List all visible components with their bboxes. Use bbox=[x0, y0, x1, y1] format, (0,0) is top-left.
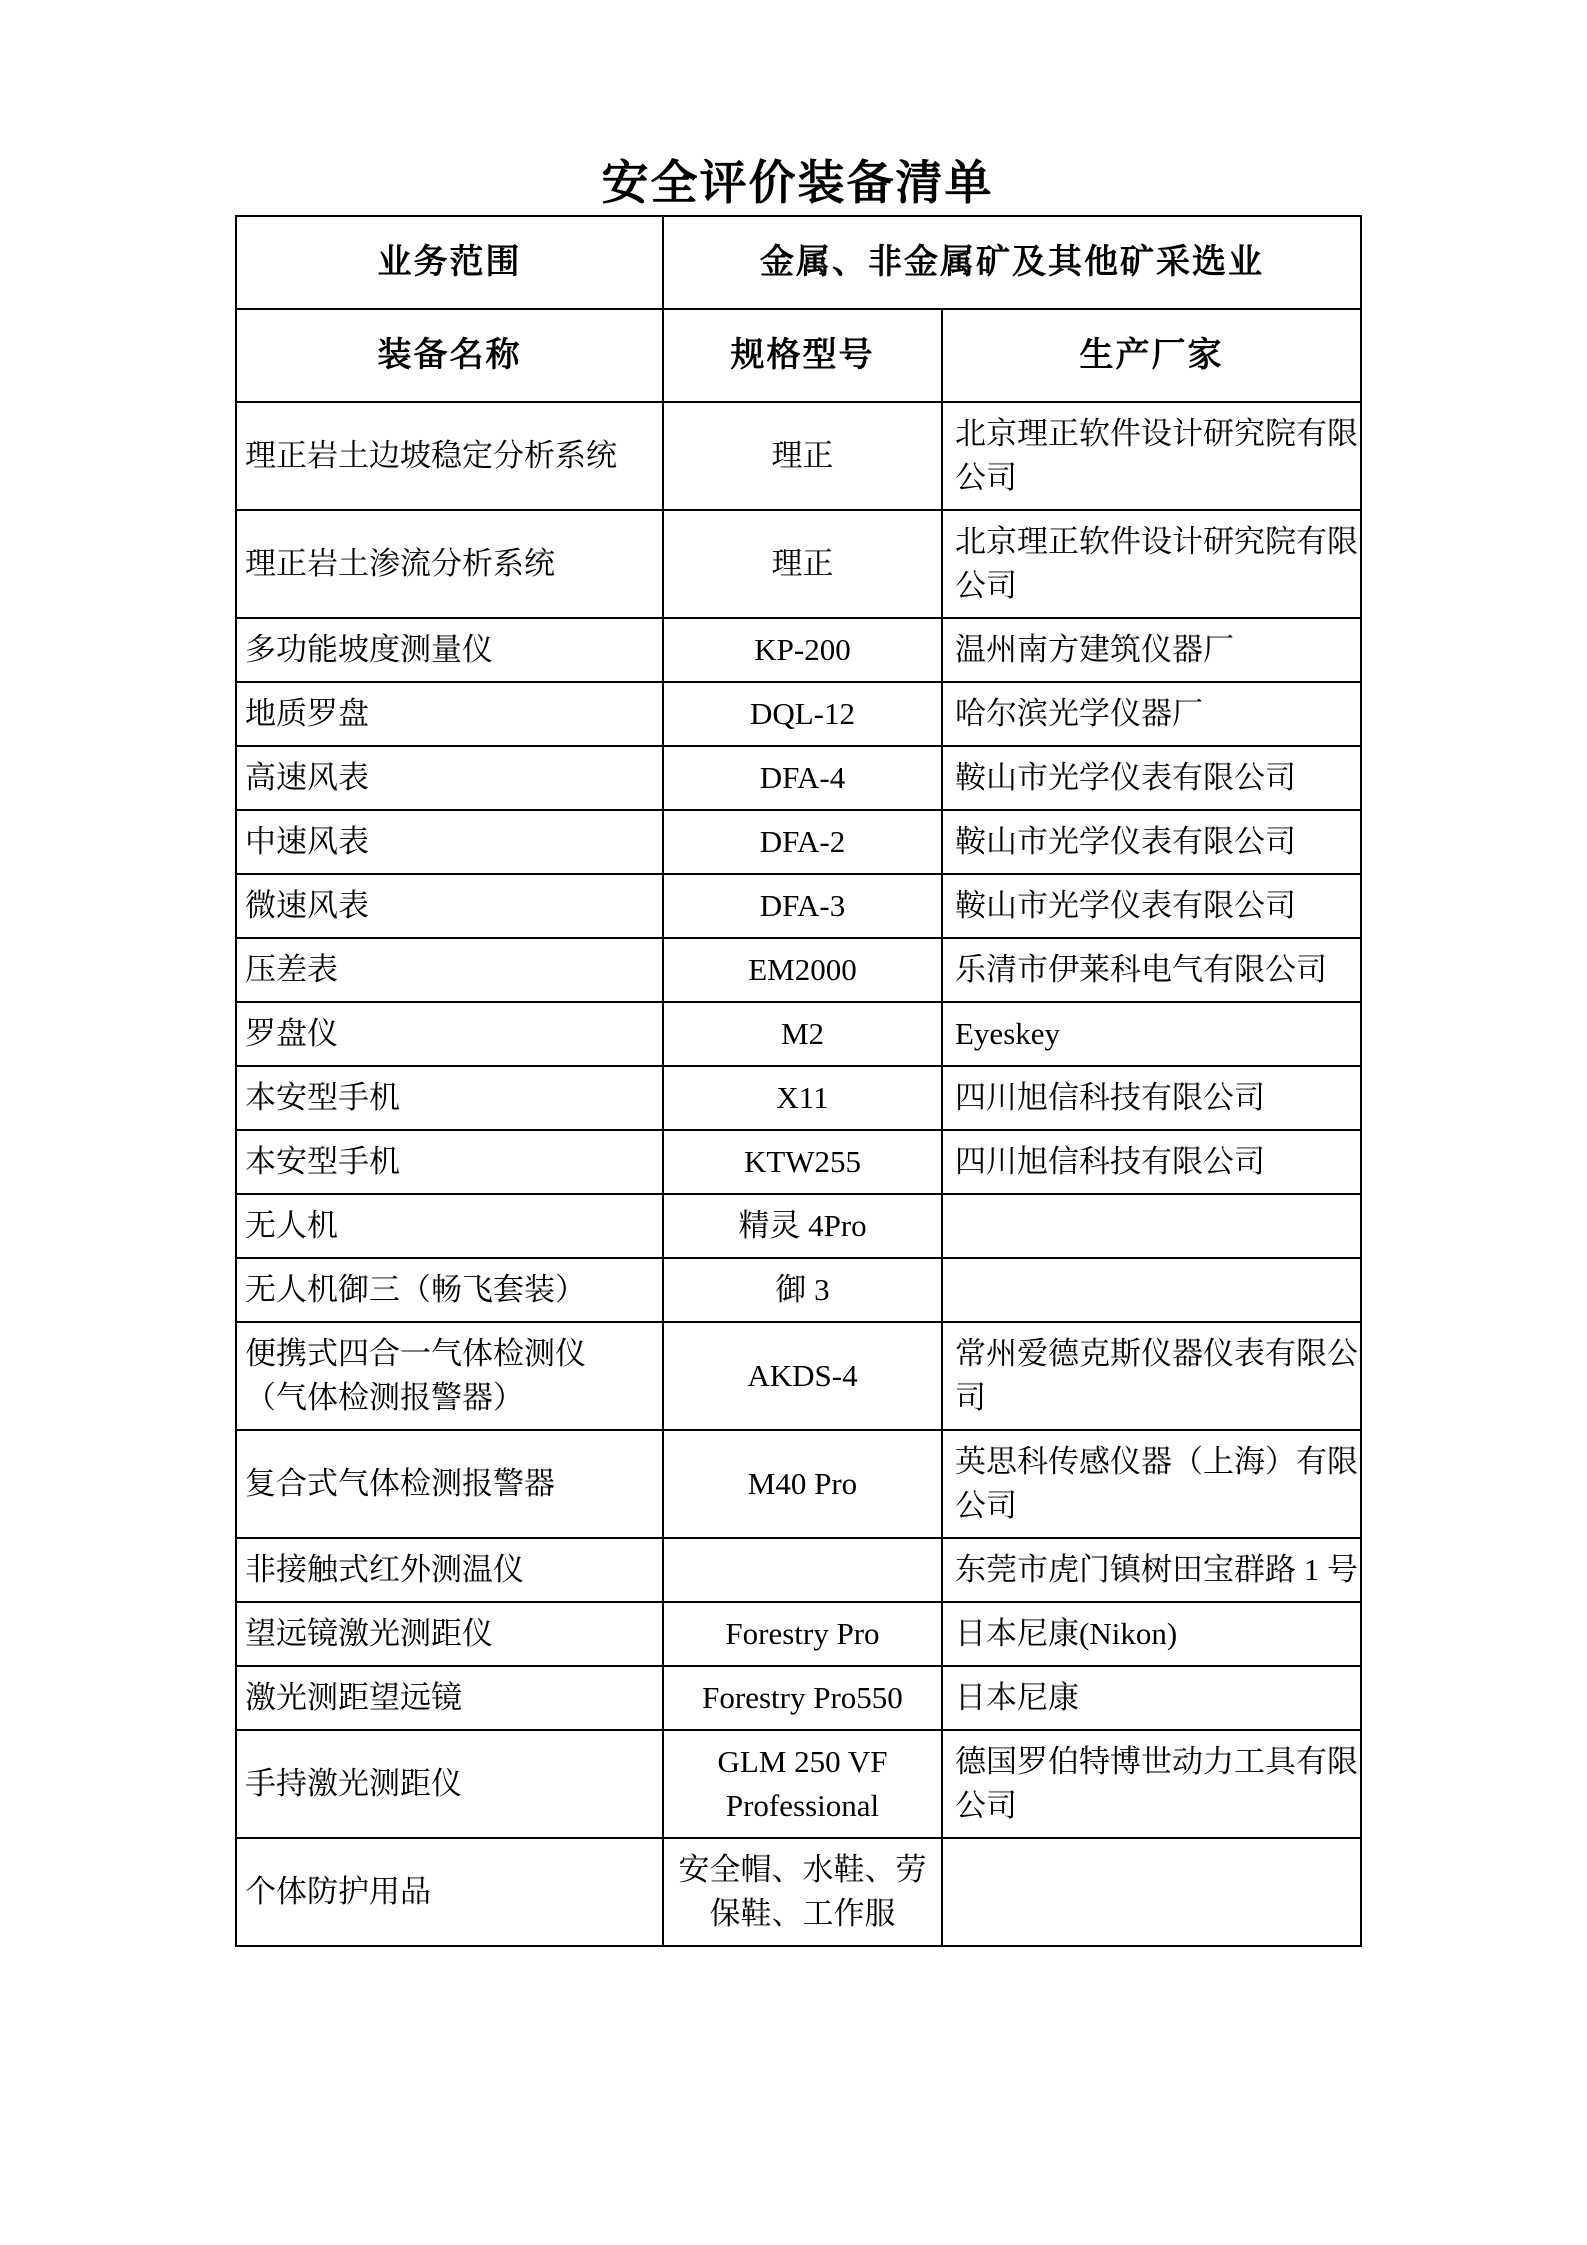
model-cell: Forestry Pro550 bbox=[663, 1666, 942, 1730]
model-cell: M40 Pro bbox=[663, 1430, 942, 1538]
table-row: 地质罗盘 DQL-12 哈尔滨光学仪器厂 bbox=[236, 682, 1361, 746]
page-title: 安全评价装备清单 bbox=[235, 157, 1360, 209]
table-row: 无人机御三（畅飞套装） 御 3 bbox=[236, 1258, 1361, 1322]
table-row: 望远镜激光测距仪 Forestry Pro 日本尼康(Nikon) bbox=[236, 1602, 1361, 1666]
model-cell: 精灵 4Pro bbox=[663, 1194, 942, 1258]
column-header-manufacturer: 生产厂家 bbox=[942, 309, 1361, 402]
model-cell: DFA-3 bbox=[663, 874, 942, 938]
equipment-name-cell: 罗盘仪 bbox=[236, 1002, 663, 1066]
model-cell: DFA-2 bbox=[663, 810, 942, 874]
column-header-row: 装备名称 规格型号 生产厂家 bbox=[236, 309, 1361, 402]
equipment-name-cell: 压差表 bbox=[236, 938, 663, 1002]
model-cell: 理正 bbox=[663, 510, 942, 618]
table-row: 中速风表 DFA-2 鞍山市光学仪表有限公司 bbox=[236, 810, 1361, 874]
table-row: 罗盘仪 M2 Eyeskey bbox=[236, 1002, 1361, 1066]
equipment-table-header: 业务范围 金属、非金属矿及其他矿采选业 装备名称 规格型号 生产厂家 bbox=[236, 216, 1361, 402]
equipment-name-cell: 本安型手机 bbox=[236, 1066, 663, 1130]
column-header-model: 规格型号 bbox=[663, 309, 942, 402]
equipment-name-cell: 激光测距望远镜 bbox=[236, 1666, 663, 1730]
manufacturer-cell: 英思科传感仪器（上海）有限公司 bbox=[942, 1430, 1361, 1538]
equipment-name-cell: 地质罗盘 bbox=[236, 682, 663, 746]
equipment-name-cell: 高速风表 bbox=[236, 746, 663, 810]
table-row: 无人机 精灵 4Pro bbox=[236, 1194, 1361, 1258]
model-cell bbox=[663, 1538, 942, 1602]
equipment-table-body: 理正岩土边坡稳定分析系统 理正 北京理正软件设计研究院有限公司 理正岩土渗流分析… bbox=[236, 402, 1361, 1946]
table-row: 理正岩土渗流分析系统 理正 北京理正软件设计研究院有限公司 bbox=[236, 510, 1361, 618]
manufacturer-cell: 常州爱德克斯仪器仪表有限公司 bbox=[942, 1322, 1361, 1430]
manufacturer-cell: 北京理正软件设计研究院有限公司 bbox=[942, 402, 1361, 510]
table-row: 本安型手机 KTW255 四川旭信科技有限公司 bbox=[236, 1130, 1361, 1194]
table-row: 多功能坡度测量仪 KP-200 温州南方建筑仪器厂 bbox=[236, 618, 1361, 682]
manufacturer-cell: 东莞市虎门镇树田宝群路 1 号 bbox=[942, 1538, 1361, 1602]
manufacturer-cell: 鞍山市光学仪表有限公司 bbox=[942, 810, 1361, 874]
manufacturer-cell: 鞍山市光学仪表有限公司 bbox=[942, 746, 1361, 810]
equipment-name-cell: 望远镜激光测距仪 bbox=[236, 1602, 663, 1666]
manufacturer-cell: 日本尼康 bbox=[942, 1666, 1361, 1730]
table-row: 个体防护用品 安全帽、水鞋、劳保鞋、工作服 bbox=[236, 1838, 1361, 1946]
equipment-name-cell: 中速风表 bbox=[236, 810, 663, 874]
manufacturer-cell: 温州南方建筑仪器厂 bbox=[942, 618, 1361, 682]
manufacturer-cell: 四川旭信科技有限公司 bbox=[942, 1066, 1361, 1130]
equipment-name-cell: 非接触式红外测温仪 bbox=[236, 1538, 663, 1602]
equipment-name-cell: 手持激光测距仪 bbox=[236, 1730, 663, 1838]
equipment-name-cell: 本安型手机 bbox=[236, 1130, 663, 1194]
model-cell: M2 bbox=[663, 1002, 942, 1066]
business-scope-label: 业务范围 bbox=[236, 216, 663, 309]
model-cell: DFA-4 bbox=[663, 746, 942, 810]
equipment-name-cell: 复合式气体检测报警器 bbox=[236, 1430, 663, 1538]
document-page: 安全评价装备清单 业务范围 金属、非金属矿及其他矿采选业 装备名称 规格型号 生… bbox=[0, 0, 1587, 2245]
table-row: 复合式气体检测报警器 M40 Pro 英思科传感仪器（上海）有限公司 bbox=[236, 1430, 1361, 1538]
model-cell: DQL-12 bbox=[663, 682, 942, 746]
equipment-name-cell: 个体防护用品 bbox=[236, 1838, 663, 1946]
table-row: 激光测距望远镜 Forestry Pro550 日本尼康 bbox=[236, 1666, 1361, 1730]
model-cell: AKDS-4 bbox=[663, 1322, 942, 1430]
table-row: 本安型手机 X11 四川旭信科技有限公司 bbox=[236, 1066, 1361, 1130]
equipment-name-cell: 无人机御三（畅飞套装） bbox=[236, 1258, 663, 1322]
manufacturer-cell: Eyeskey bbox=[942, 1002, 1361, 1066]
model-cell: EM2000 bbox=[663, 938, 942, 1002]
model-cell: X11 bbox=[663, 1066, 942, 1130]
table-row: 微速风表 DFA-3 鞍山市光学仪表有限公司 bbox=[236, 874, 1361, 938]
manufacturer-cell: 德国罗伯特博世动力工具有限公司 bbox=[942, 1730, 1361, 1838]
table-row: 手持激光测距仪 GLM 250 VF Professional 德国罗伯特博世动… bbox=[236, 1730, 1361, 1838]
equipment-name-cell: 理正岩土边坡稳定分析系统 bbox=[236, 402, 663, 510]
model-cell: KP-200 bbox=[663, 618, 942, 682]
model-cell: GLM 250 VF Professional bbox=[663, 1730, 942, 1838]
table-row: 压差表 EM2000 乐清市伊莱科电气有限公司 bbox=[236, 938, 1361, 1002]
business-scope-row: 业务范围 金属、非金属矿及其他矿采选业 bbox=[236, 216, 1361, 309]
manufacturer-cell bbox=[942, 1194, 1361, 1258]
table-row: 高速风表 DFA-4 鞍山市光学仪表有限公司 bbox=[236, 746, 1361, 810]
model-cell: 理正 bbox=[663, 402, 942, 510]
manufacturer-cell: 日本尼康(Nikon) bbox=[942, 1602, 1361, 1666]
manufacturer-cell bbox=[942, 1258, 1361, 1322]
column-header-name: 装备名称 bbox=[236, 309, 663, 402]
model-cell: Forestry Pro bbox=[663, 1602, 942, 1666]
equipment-name-cell: 多功能坡度测量仪 bbox=[236, 618, 663, 682]
equipment-name-cell: 理正岩土渗流分析系统 bbox=[236, 510, 663, 618]
model-cell: 御 3 bbox=[663, 1258, 942, 1322]
equipment-name-cell: 无人机 bbox=[236, 1194, 663, 1258]
manufacturer-cell: 北京理正软件设计研究院有限公司 bbox=[942, 510, 1361, 618]
model-cell: 安全帽、水鞋、劳保鞋、工作服 bbox=[663, 1838, 942, 1946]
manufacturer-cell: 乐清市伊莱科电气有限公司 bbox=[942, 938, 1361, 1002]
table-row: 非接触式红外测温仪 东莞市虎门镇树田宝群路 1 号 bbox=[236, 1538, 1361, 1602]
table-row: 便携式四合一气体检测仪（气体检测报警器） AKDS-4 常州爱德克斯仪器仪表有限… bbox=[236, 1322, 1361, 1430]
equipment-table: 业务范围 金属、非金属矿及其他矿采选业 装备名称 规格型号 生产厂家 理正岩土边… bbox=[235, 215, 1362, 1947]
equipment-name-cell: 便携式四合一气体检测仪（气体检测报警器） bbox=[236, 1322, 663, 1430]
manufacturer-cell: 哈尔滨光学仪器厂 bbox=[942, 682, 1361, 746]
model-cell: KTW255 bbox=[663, 1130, 942, 1194]
manufacturer-cell: 四川旭信科技有限公司 bbox=[942, 1130, 1361, 1194]
business-scope-value: 金属、非金属矿及其他矿采选业 bbox=[663, 216, 1361, 309]
equipment-name-cell: 微速风表 bbox=[236, 874, 663, 938]
table-row: 理正岩土边坡稳定分析系统 理正 北京理正软件设计研究院有限公司 bbox=[236, 402, 1361, 510]
manufacturer-cell: 鞍山市光学仪表有限公司 bbox=[942, 874, 1361, 938]
manufacturer-cell bbox=[942, 1838, 1361, 1946]
